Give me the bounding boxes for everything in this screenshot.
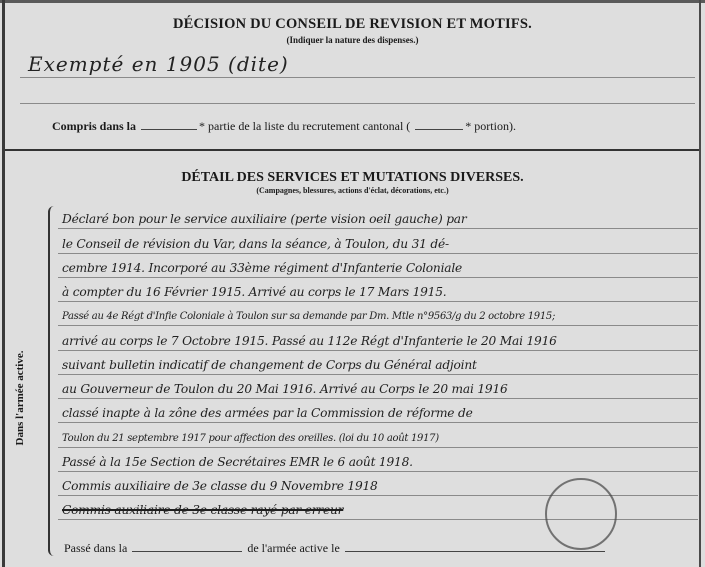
passe-blank-1 — [132, 543, 242, 552]
ruled-line — [58, 228, 698, 229]
right-border — [699, 0, 701, 567]
circular-stamp — [545, 478, 617, 550]
ruled-line — [58, 277, 698, 278]
decision-handwritten: Exempté en 1905 (dite) — [28, 52, 289, 76]
decision-title: DÉCISION DU CONSEIL DE REVISION ET MOTIF… — [0, 16, 705, 33]
service-line-3: cembre 1914. Incorporé au 33ème régiment… — [62, 261, 462, 275]
ruled-line — [58, 422, 698, 423]
passe-blank-2 — [345, 543, 605, 552]
service-line-9: classé inapte à la zône des armées par l… — [62, 406, 473, 420]
top-border — [0, 0, 705, 3]
detail-subtitle: (Campagnes, blessures, actions d'éclat, … — [0, 186, 705, 195]
detail-title: DÉTAIL DES SERVICES ET MUTATIONS DIVERSE… — [0, 170, 705, 186]
registration-card-page: DÉCISION DU CONSEIL DE REVISION ET MOTIF… — [0, 0, 705, 567]
compris-suffix: * portion). — [465, 119, 516, 133]
left-border — [2, 0, 5, 567]
service-line-6: arrivé au corps le 7 Octobre 1915. Passé… — [62, 334, 557, 348]
compris-middle: * partie de la liste du recrutement cant… — [199, 119, 410, 133]
portion-blank — [415, 121, 463, 130]
service-line-10: Toulon du 21 septembre 1917 pour affecti… — [62, 433, 439, 444]
service-line-1: Déclaré bon pour le service auxiliaire (… — [62, 212, 467, 226]
side-label-active-army: Dans l'armée active. — [14, 318, 34, 478]
ruled-line — [58, 447, 698, 448]
passe-prefix: Passé dans la — [64, 541, 127, 555]
service-line-8: au Gouverneur de Toulon du 20 Mai 1916. … — [62, 382, 508, 396]
ruled-line — [58, 350, 698, 351]
bracket — [48, 206, 58, 556]
service-line-11: Passé à la 15e Section de Secrétaires EM… — [62, 455, 413, 469]
ruled-line — [58, 253, 698, 254]
decision-rule-2 — [20, 103, 695, 104]
service-line-13-struck: Commis auxiliaire de 3e classe rayé par … — [62, 503, 343, 517]
compris-line: Compris dans la * partie de la liste du … — [52, 119, 516, 134]
service-line-12: Commis auxiliaire de 3e classe du 9 Nove… — [62, 479, 378, 493]
service-line-4: à compter du 16 Février 1915. Arrivé au … — [62, 285, 446, 299]
ruled-line — [58, 471, 698, 472]
ruled-line — [58, 374, 698, 375]
partie-blank — [141, 121, 197, 130]
service-line-7: suivant bulletin indicatif de changement… — [62, 358, 477, 372]
ruled-line — [58, 398, 698, 399]
service-line-5: Passé au 4e Régt d'Infie Coloniale à Tou… — [62, 311, 555, 322]
decision-rule-1 — [20, 77, 695, 78]
passe-line: Passé dans la de l'armée active le — [64, 541, 607, 556]
passe-middle: de l'armée active le — [247, 541, 339, 555]
compris-prefix: Compris dans la — [52, 119, 136, 133]
ruled-line — [58, 301, 698, 302]
section-divider — [5, 149, 699, 151]
service-line-2: le Conseil de révision du Var, dans la s… — [62, 237, 449, 251]
decision-subtitle: (Indiquer la nature des dispenses.) — [0, 35, 705, 45]
ruled-line — [58, 325, 698, 326]
